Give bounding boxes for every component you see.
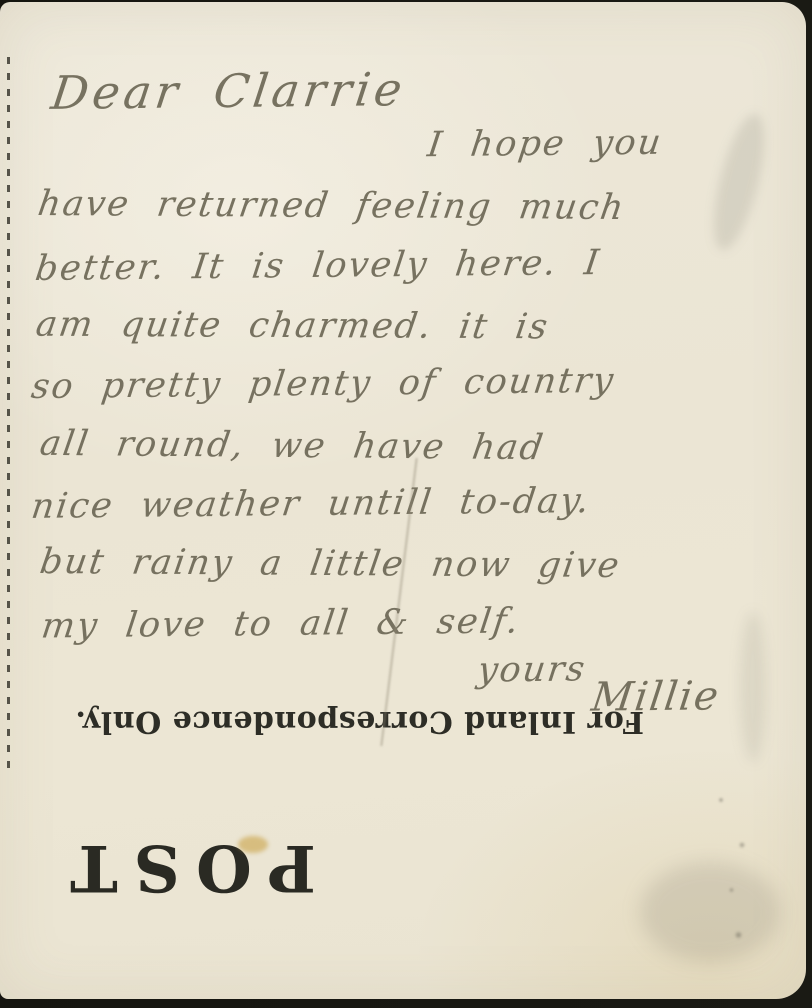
ink-speckles (700, 782, 770, 962)
handwriting-salutation: Dear Clarrie (48, 62, 409, 120)
corner-smudge (640, 862, 780, 962)
handwriting-line: better. It is lovely here. I (33, 243, 603, 289)
inland-correspondence-notice: For Inland Correspondence Only. (72, 704, 647, 739)
handwriting-closing: yours (475, 649, 588, 690)
postcard-photo: Dear Clarrie I hope you have returned fe… (0, 0, 812, 1008)
handwriting-line: my love to all & self. (39, 602, 522, 647)
handwriting-line: I hope you (425, 123, 665, 165)
handwriting-line: have returned feeling much (35, 184, 628, 228)
post-label: POST (30, 830, 340, 905)
handwriting-line: nice weather untill to-day. (29, 481, 593, 527)
handwriting-line: so pretty plenty of country (29, 361, 617, 407)
handwriting-line: all round, we have had (37, 424, 547, 468)
postmark-smudge (704, 109, 775, 254)
postcard-card: Dear Clarrie I hope you have returned fe… (0, 2, 806, 999)
perforation-edge (7, 57, 10, 769)
handwriting-line: but rainy a little now give (37, 542, 623, 586)
edge-smudge (740, 612, 766, 762)
handwriting-line: am quite charmed. it is (33, 305, 552, 348)
